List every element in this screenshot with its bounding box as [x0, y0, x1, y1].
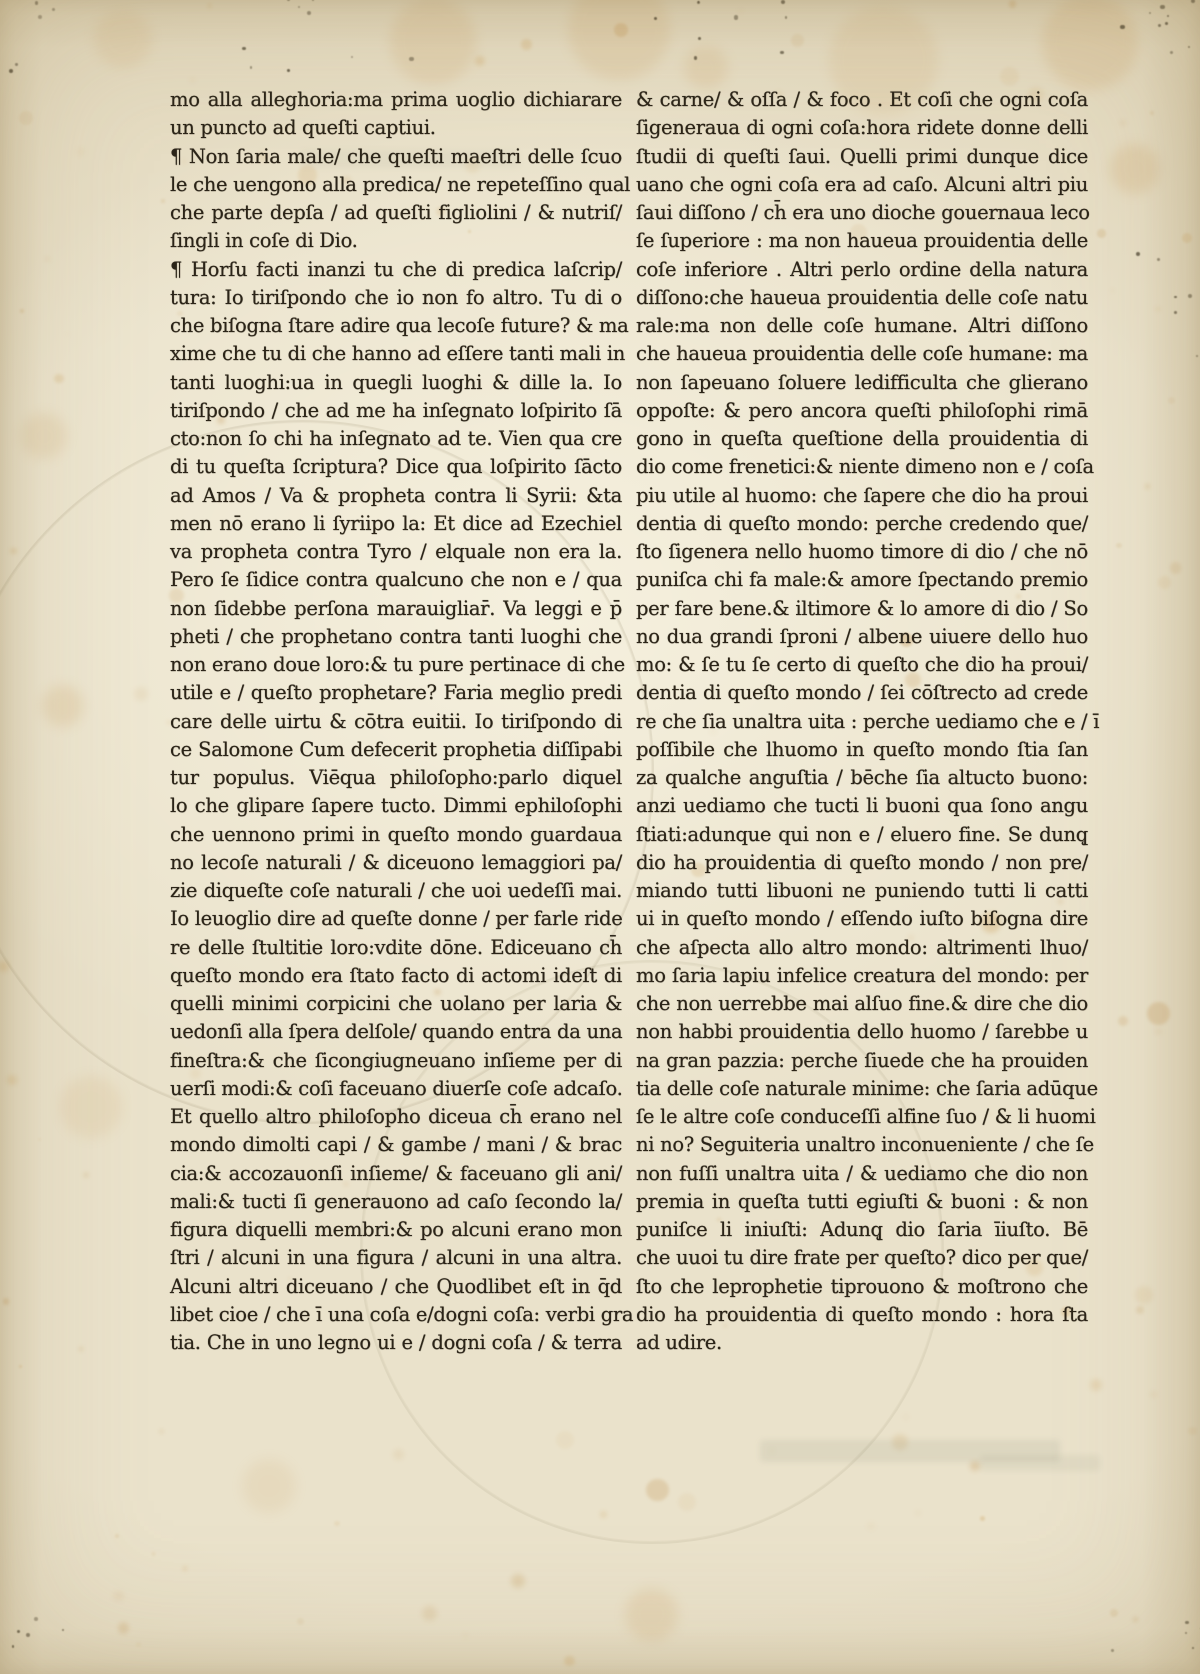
text-line: dentia di queſto mondo: perche credendo …	[636, 510, 1088, 538]
text-line: re che ſia unaltra uita : perche uediamo…	[636, 708, 1088, 736]
text-line: za qualche anguſtia / bēche ſia altucto …	[636, 764, 1088, 792]
text-line: ¶ Horſu facti inanzi tu che di predica l…	[170, 256, 622, 284]
text-line: uano che ogni coſa era ad caſo. Alcuni a…	[636, 171, 1088, 199]
text-line: puniſce li iniuſti: Adunq̨ dio ſaria īiu…	[636, 1216, 1088, 1244]
text-line: non habbi prouidentia dello huomo / ſare…	[636, 1018, 1088, 1046]
text-line: dio come frenetici:& niente dimeno non e…	[636, 453, 1088, 481]
text-line: le che uengono alla predica/ ne repeteſſ…	[170, 171, 622, 199]
text-line: tanti luoghi:ua in quegli luoghi & dille…	[170, 369, 622, 397]
text-line: rale:ma non delle coſe humane. Altri diſ…	[636, 312, 1088, 340]
text-line: ſigeneraua di ogni coſa:hora ridete donn…	[636, 114, 1088, 142]
text-line: che uuoi tu dire frate per queſto? dico …	[636, 1244, 1088, 1272]
text-line: mo alla alleghoria:ma prima uoglio dichi…	[170, 86, 622, 114]
text-line: gono in queſta queſtione della prouident…	[636, 425, 1088, 453]
text-line: dio ha prouidentia di queſto mondo : hor…	[636, 1301, 1088, 1329]
text-line: che biſogna ſtare adire qua lecoſe futur…	[170, 312, 622, 340]
text-line: premia in queſta tutti egiuſti & buoni :…	[636, 1188, 1088, 1216]
text-line: per fare bene.& iltimore & lo amore di d…	[636, 595, 1088, 623]
text-column-left: mo alla alleghoria:ma prima uoglio dichi…	[170, 86, 622, 1357]
text-line: care delle uirtu & cōtra euitii. Io tiri…	[170, 708, 622, 736]
text-line: ui in queſto mondo / eſſendo iuſto biſog…	[636, 905, 1088, 933]
text-line: & carne/ & oſſa / & foco . Et coſi che o…	[636, 86, 1088, 114]
text-line: Io leuoglio dire ad queſte donne / per f…	[170, 905, 622, 933]
text-line: queſto mondo era ſtato facto di actomi i…	[170, 962, 622, 990]
text-line: cia:& accozauonſi inſieme/ & faceuano gl…	[170, 1160, 622, 1188]
text-line: puniſca chi fa male:& amore ſpectando pr…	[636, 566, 1088, 594]
text-line: dentia di queſto mondo / ſei cōſtrecto a…	[636, 679, 1088, 707]
text-line: che parte depſa / ad queſti figliolini /…	[170, 199, 622, 227]
text-line: tura: Io tiriſpondo che io non fo altro.…	[170, 284, 622, 312]
text-line: mali:& tucti ſi generauono ad caſo ſecon…	[170, 1188, 622, 1216]
text-line: miando tutti libuoni ne puniendo tutti l…	[636, 877, 1088, 905]
text-line: ſto ſigenera nello huomo timore di dio /…	[636, 538, 1088, 566]
text-line: tia delle coſe naturale minime: che ſari…	[636, 1075, 1088, 1103]
text-line: mo: & ſe tu ſe certo di queſto che dio h…	[636, 651, 1088, 679]
text-line: tia. Che in uno legno ui e / dogni coſa …	[170, 1329, 622, 1357]
text-line: ſe le altre coſe conduceſſi alfine ſuo /…	[636, 1103, 1088, 1131]
text-line: fineſtra:& che ſicongiugneuano inſieme p…	[170, 1047, 622, 1075]
text-line: non ſapeuano ſoluere ledifficulta che gl…	[636, 369, 1088, 397]
ghost-text-smudge	[980, 1455, 1100, 1471]
text-line: Et quello altro philoſopho diceua ch̄ er…	[170, 1103, 622, 1131]
text-line: oppoſte: & pero ancora queſti philoſophi…	[636, 397, 1088, 425]
text-line: ad Amos / Va & propheta contra li Syrii:…	[170, 482, 622, 510]
text-line: che aſpecta allo altro mondo: altrimenti…	[636, 934, 1088, 962]
text-line: piu utile al huomo: che ſapere che dio h…	[636, 482, 1088, 510]
text-line: ſingli in coſe di Dio.	[170, 227, 622, 255]
text-line: re delle ſtultitie loro:vdite dōne. Edic…	[170, 934, 622, 962]
text-line: men nō erano li ſyriipo la: Et dice ad E…	[170, 510, 622, 538]
text-line: che non uerrebbe mai alſuo fine.& dire c…	[636, 990, 1088, 1018]
text-column-right: & carne/ & oſſa / & foco . Et coſi che o…	[636, 86, 1088, 1357]
text-line: zie diqueſte coſe naturali / che uoi ued…	[170, 877, 622, 905]
text-line: ni no? Seguiteria unaltro inconueniente …	[636, 1131, 1088, 1159]
text-line: mo ſaria lapiu infelice creatura del mon…	[636, 962, 1088, 990]
text-line: ¶ Non ſaria male/ che queſti maeſtri del…	[170, 143, 622, 171]
text-line: coſe inferiore . Altri perlo ordine dell…	[636, 256, 1088, 284]
text-line: no lecoſe naturali / & diceuono lemaggio…	[170, 849, 622, 877]
text-line: tur populus. Viēqua philoſopho:parlo diq…	[170, 764, 622, 792]
text-line: anzi uediamo che tucti li buoni qua ſono…	[636, 792, 1088, 820]
text-line: uerſi modi:& coſi faceuano diuerſe coſe …	[170, 1075, 622, 1103]
text-line: ſtiati:adunque qui non e / eluero fine. …	[636, 821, 1088, 849]
text-line: di tu queſta ſcriptura? Dice qua loſpiri…	[170, 453, 622, 481]
text-line: ad udire.	[636, 1329, 1088, 1357]
text-line: ſtudii di queſti ſaui. Quelli primi dunq…	[636, 143, 1088, 171]
text-line: ſtri / alcuni in una figura / alcuni in …	[170, 1244, 622, 1272]
text-line: pheti / che prophetano contra tanti luog…	[170, 623, 622, 651]
text-line: poſſibile che lhuomo in queſto mondo ſti…	[636, 736, 1088, 764]
text-line: dio ha prouidentia di queſto mondo / non…	[636, 849, 1088, 877]
text-line: va propheta contra Tyro / elquale non er…	[170, 538, 622, 566]
text-line: che haueua prouidentia delle coſe humane…	[636, 340, 1088, 368]
text-line: figura diquelli membri:& po alcuni erano…	[170, 1216, 622, 1244]
text-line: uedonſi alla ſpera delſole/ quando entra…	[170, 1018, 622, 1046]
text-line: che uennono primi in queſto mondo guarda…	[170, 821, 622, 849]
text-line: Alcuni altri diceuano / che Quodlibet eſ…	[170, 1273, 622, 1301]
text-line: Pero ſe ſidice contra qualcuno che non e…	[170, 566, 622, 594]
text-line: na gran pazzia: perche ſiuede che ha pro…	[636, 1047, 1088, 1075]
text-line: ſto che leprophetie tiprouono & moſtrono…	[636, 1273, 1088, 1301]
text-line: libet cioe / che ī una coſa e/dogni coſa…	[170, 1301, 622, 1329]
text-line: cto:non ſo chi ha inſegnato ad te. Vien …	[170, 425, 622, 453]
text-line: ce Salomone Cum defecerit prophetia diſſ…	[170, 736, 622, 764]
text-line: non fuſſi unaltra uita / & uediamo che d…	[636, 1160, 1088, 1188]
text-line: non erano doue loro:& tu pure pertinace …	[170, 651, 622, 679]
text-line: diſſono:che haueua prouidentia delle coſ…	[636, 284, 1088, 312]
text-line: quelli minimi corpicini che uolano per l…	[170, 990, 622, 1018]
text-line: non ſidebbe perſona marauigliar̄. Va leg…	[170, 595, 622, 623]
text-line: mondo dimolti capi / & gambe / mani / & …	[170, 1131, 622, 1159]
text-line: no dua grandi ſproni / albene uiuere del…	[636, 623, 1088, 651]
text-line: tiriſpondo / che ad me ha inſegnato loſp…	[170, 397, 622, 425]
text-line: ſaui diſſono / ch̄ era uno dioche gouern…	[636, 199, 1088, 227]
text-line: lo che glipare ſapere tucto. Dimmi ephil…	[170, 792, 622, 820]
incunable-page: mo alla alleghoria:ma prima uoglio dichi…	[0, 0, 1200, 1674]
text-line: un puncto ad queſti captiui.	[170, 114, 622, 142]
text-line: utile e / queſto prophetare? Faria megli…	[170, 679, 622, 707]
text-line: ſe ſuperiore : ma non haueua prouidentia…	[636, 227, 1088, 255]
text-line: xime che tu di che hanno ad eſſere tanti…	[170, 340, 622, 368]
